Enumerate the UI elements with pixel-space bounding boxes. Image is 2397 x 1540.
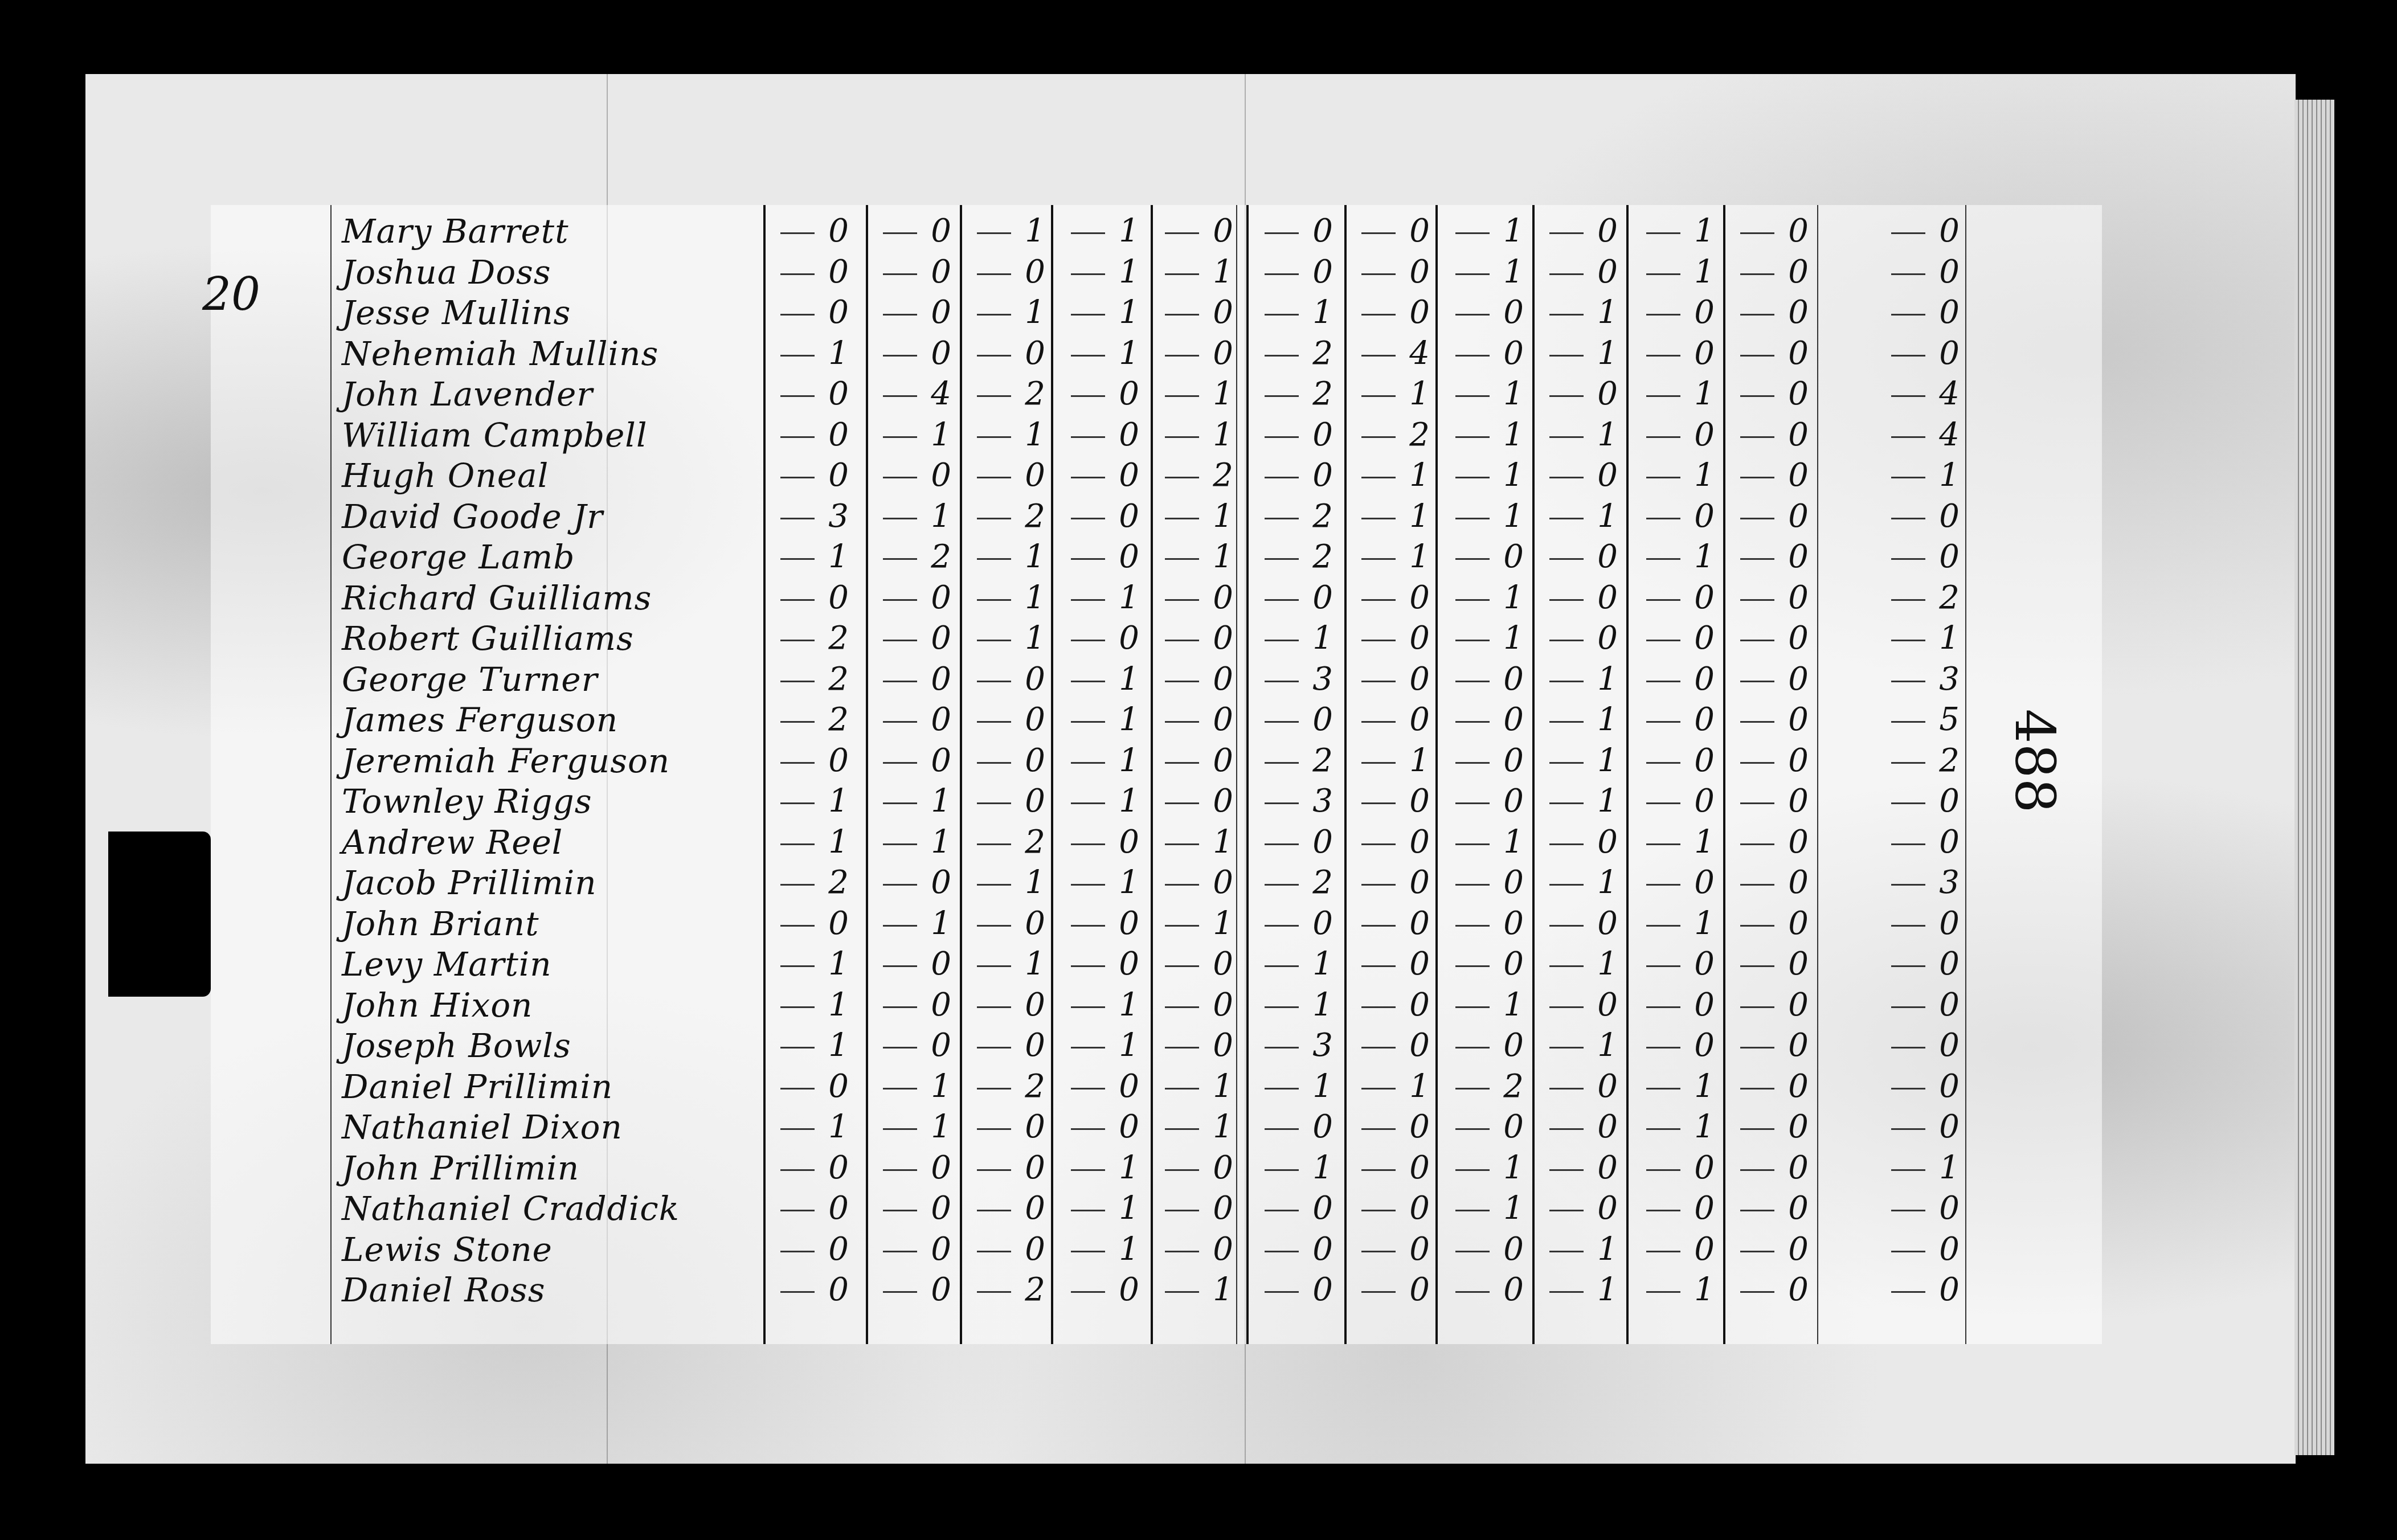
tally-cell: 1 <box>966 292 1045 333</box>
tally-cell: 0 <box>1635 1229 1715 1270</box>
tally-cell: 0 <box>1444 536 1524 577</box>
tally-cell: 0 <box>1444 944 1524 985</box>
tally-cell: 0 <box>1253 1269 1333 1310</box>
tally-cell: 1 <box>1060 292 1139 333</box>
tally-cell: 0 <box>1350 659 1430 700</box>
tally-cell: 0 <box>769 1066 849 1107</box>
tally-cell: 0 <box>1153 292 1233 333</box>
tally-cell: 1 <box>1350 1066 1430 1107</box>
table-row: Jacob Prillimin201102001003 <box>0 862 2397 903</box>
tally-cell: 1 <box>769 781 849 822</box>
tally-cell: 1 <box>1153 1107 1233 1148</box>
tally-cell: 1 <box>1635 252 1715 293</box>
tally-cell: 0 <box>1880 1269 1960 1310</box>
tally-cell: 1 <box>1880 455 1960 496</box>
tally-cell: 0 <box>1444 903 1524 944</box>
tally-cell: 0 <box>1538 577 1618 619</box>
tally-cell: 1 <box>966 577 1045 619</box>
table-row: David Goode Jr312012111000 <box>0 496 2397 537</box>
tally-cell: 0 <box>1060 536 1139 577</box>
tally-cell: 3 <box>1253 1025 1333 1066</box>
tally-cell: 0 <box>966 781 1045 822</box>
tally-cell: 1 <box>872 903 951 944</box>
household-name: John Hixon <box>342 985 775 1026</box>
tally-cell: 1 <box>1538 944 1618 985</box>
tally-cell: 0 <box>1880 903 1960 944</box>
tally-cell: 0 <box>966 985 1045 1026</box>
tally-cell: 0 <box>1350 1269 1430 1310</box>
tally-cell: 0 <box>1880 781 1960 822</box>
tally-cell: 0 <box>1635 659 1715 700</box>
tally-cell: 1 <box>1538 292 1618 333</box>
tally-cell: 0 <box>1729 292 1809 333</box>
tally-cell: 0 <box>1729 536 1809 577</box>
table-row: Jeremiah Ferguson000102101002 <box>0 740 2397 781</box>
tally-cell: 3 <box>1880 862 1960 903</box>
tally-cell: 1 <box>1153 374 1233 415</box>
tally-cell: 1 <box>1153 252 1233 293</box>
table-row: John Lavender042012110104 <box>0 374 2397 415</box>
tally-cell: 0 <box>1729 985 1809 1026</box>
tally-cell: 1 <box>872 415 951 456</box>
tally-cell: 0 <box>1729 1229 1809 1270</box>
tally-cell: 0 <box>966 659 1045 700</box>
tally-cell: 0 <box>1538 822 1618 863</box>
tally-cell: 0 <box>1729 903 1809 944</box>
tally-cell: 0 <box>1153 577 1233 619</box>
tally-cell: 0 <box>1729 822 1809 863</box>
table-row: Robert Guilliams201001010001 <box>0 618 2397 659</box>
tally-cell: 0 <box>872 333 951 374</box>
tally-cell: 1 <box>1635 455 1715 496</box>
tally-cell: 4 <box>1350 333 1430 374</box>
tally-cell: 4 <box>872 374 951 415</box>
tally-cell: 1 <box>1444 455 1524 496</box>
tally-cell: 0 <box>966 1229 1045 1270</box>
tally-cell: 0 <box>872 1229 951 1270</box>
tally-cell: 1 <box>1253 618 1333 659</box>
tally-cell: 0 <box>1635 740 1715 781</box>
tally-cell: 0 <box>872 455 951 496</box>
tally-cell: 1 <box>1538 496 1618 537</box>
tally-cell: 0 <box>769 1229 849 1270</box>
tally-cell: 1 <box>1444 618 1524 659</box>
tally-cell: 1 <box>1538 699 1618 740</box>
tally-cell: 1 <box>1350 740 1430 781</box>
table-row: Mary Barrett001100010100 <box>0 211 2397 252</box>
table-row: Nathaniel Dixon110010000100 <box>0 1107 2397 1148</box>
table-row: George Lamb121012100100 <box>0 536 2397 577</box>
tally-cell: 0 <box>966 333 1045 374</box>
tally-cell: 0 <box>1538 1188 1618 1229</box>
tally-cell: 0 <box>872 577 951 619</box>
tally-cell: 0 <box>1253 903 1333 944</box>
tally-cell: 0 <box>1060 1107 1139 1148</box>
tally-cell: 0 <box>1350 618 1430 659</box>
tally-cell: 0 <box>966 455 1045 496</box>
tally-cell: 0 <box>1153 1188 1233 1229</box>
tally-cell: 2 <box>1253 536 1333 577</box>
tally-cell: 1 <box>872 496 951 537</box>
tally-cell: 3 <box>769 496 849 537</box>
tally-cell: 0 <box>769 252 849 293</box>
household-name: John Prillimin <box>342 1148 775 1189</box>
tally-cell: 0 <box>1060 374 1139 415</box>
tally-cell: 0 <box>1444 1025 1524 1066</box>
tally-cell: 0 <box>1538 455 1618 496</box>
tally-cell: 0 <box>1635 1188 1715 1229</box>
tally-cell: 0 <box>1153 944 1233 985</box>
tally-cell: 0 <box>1253 822 1333 863</box>
tally-cell: 4 <box>1880 415 1960 456</box>
tally-cell: 2 <box>966 374 1045 415</box>
tally-cell: 1 <box>1153 1066 1233 1107</box>
tally-cell: 0 <box>1538 252 1618 293</box>
tally-cell: 1 <box>1538 333 1618 374</box>
household-name: Jesse Mullins <box>342 292 775 333</box>
tally-cell: 1 <box>1635 1066 1715 1107</box>
household-name: Joshua Doss <box>342 252 775 293</box>
tally-cell: 0 <box>1350 292 1430 333</box>
tally-cell: 0 <box>872 1025 951 1066</box>
household-name: John Briant <box>342 903 775 944</box>
tally-cell: 0 <box>769 1269 849 1310</box>
table-row: John Hixon100101010000 <box>0 985 2397 1026</box>
tally-cell: 0 <box>1880 496 1960 537</box>
table-row: John Briant010010000100 <box>0 903 2397 944</box>
tally-cell: 1 <box>1153 496 1233 537</box>
tally-cell: 3 <box>1253 781 1333 822</box>
household-name: Levy Martin <box>342 944 775 985</box>
table-row: Daniel Ross002010001100 <box>0 1269 2397 1310</box>
table-row: Joseph Bowls100103001000 <box>0 1025 2397 1066</box>
tally-cell: 0 <box>769 740 849 781</box>
tally-cell: 5 <box>1880 699 1960 740</box>
tally-cell: 1 <box>769 536 849 577</box>
tally-cell: 0 <box>872 740 951 781</box>
tally-cell: 1 <box>966 618 1045 659</box>
household-name: John Lavender <box>342 374 775 415</box>
tally-cell: 0 <box>1880 292 1960 333</box>
tally-cell: 0 <box>966 903 1045 944</box>
tally-cell: 1 <box>1444 1148 1524 1189</box>
tally-cell: 1 <box>1635 211 1715 252</box>
tally-cell: 0 <box>1350 781 1430 822</box>
tally-cell: 1 <box>872 1107 951 1148</box>
household-name: Townley Riggs <box>342 781 775 822</box>
tally-cell: 0 <box>872 292 951 333</box>
tally-cell: 0 <box>966 252 1045 293</box>
tally-cell: 0 <box>1729 252 1809 293</box>
tally-cell: 1 <box>1153 415 1233 456</box>
table-row: Levy Martin101001001000 <box>0 944 2397 985</box>
household-name: Daniel Prillimin <box>342 1066 775 1107</box>
tally-cell: 0 <box>1253 1188 1333 1229</box>
tally-cell: 0 <box>872 1188 951 1229</box>
tally-cell: 0 <box>872 862 951 903</box>
tally-cell: 0 <box>1880 1229 1960 1270</box>
tally-cell: 1 <box>769 1107 849 1148</box>
table-row: George Turner200103001003 <box>0 659 2397 700</box>
tally-cell: 1 <box>1153 822 1233 863</box>
tally-cell: 0 <box>1153 211 1233 252</box>
tally-cell: 1 <box>1444 374 1524 415</box>
table-row: Townley Riggs110103001000 <box>0 781 2397 822</box>
tally-cell: 0 <box>1444 1229 1524 1270</box>
tally-cell: 0 <box>1060 822 1139 863</box>
tally-cell: 0 <box>769 1188 849 1229</box>
tally-cell: 0 <box>1444 1107 1524 1148</box>
tally-cell: 0 <box>1153 740 1233 781</box>
tally-cell: 2 <box>966 822 1045 863</box>
tally-cell: 0 <box>1253 699 1333 740</box>
tally-cell: 1 <box>1060 1148 1139 1189</box>
household-name: Robert Guilliams <box>342 618 775 659</box>
tally-cell: 0 <box>966 1188 1045 1229</box>
tally-cell: 0 <box>1635 618 1715 659</box>
tally-cell: 0 <box>1060 944 1139 985</box>
household-name: William Campbell <box>342 415 775 456</box>
tally-cell: 0 <box>1880 252 1960 293</box>
tally-cell: 2 <box>1253 496 1333 537</box>
tally-cell: 1 <box>769 333 849 374</box>
tally-cell: 0 <box>966 1025 1045 1066</box>
table-row: Hugh Oneal000020110101 <box>0 455 2397 496</box>
tally-cell: 0 <box>1350 903 1430 944</box>
tally-cell: 0 <box>1153 699 1233 740</box>
tally-cell: 1 <box>1538 781 1618 822</box>
tally-cell: 0 <box>1635 944 1715 985</box>
tally-cell: 1 <box>1635 1269 1715 1310</box>
tally-cell: 0 <box>1153 333 1233 374</box>
tally-cell: 1 <box>1060 577 1139 619</box>
tally-cell: 3 <box>1880 659 1960 700</box>
tally-cell: 1 <box>769 1025 849 1066</box>
table-row: Nathaniel Craddick000100010000 <box>0 1188 2397 1229</box>
tally-cell: 1 <box>1635 903 1715 944</box>
tally-cell: 0 <box>872 618 951 659</box>
tally-cell: 0 <box>769 292 849 333</box>
tally-cell: 1 <box>1538 1025 1618 1066</box>
tally-cell: 0 <box>1729 1066 1809 1107</box>
tally-cell: 0 <box>1253 1229 1333 1270</box>
tally-cell: 2 <box>1880 740 1960 781</box>
tally-cell: 1 <box>1060 1229 1139 1270</box>
tally-cell: 0 <box>966 1148 1045 1189</box>
tally-cell: 0 <box>1153 862 1233 903</box>
tally-cell: 1 <box>1538 659 1618 700</box>
tally-cell: 0 <box>1153 1025 1233 1066</box>
tally-cell: 0 <box>1729 1148 1809 1189</box>
tally-cell: 0 <box>1635 577 1715 619</box>
household-name: David Goode Jr <box>342 496 775 537</box>
tally-cell: 0 <box>966 699 1045 740</box>
tally-cell: 1 <box>1538 862 1618 903</box>
tally-cell: 0 <box>1635 415 1715 456</box>
table-row: James Ferguson200100001005 <box>0 699 2397 740</box>
tally-cell: 0 <box>1729 618 1809 659</box>
tally-cell: 3 <box>1253 659 1333 700</box>
tally-cell: 0 <box>1444 292 1524 333</box>
tally-cell: 1 <box>1635 822 1715 863</box>
tally-cell: 0 <box>1253 211 1333 252</box>
tally-cell: 1 <box>966 415 1045 456</box>
tally-cell: 0 <box>1153 618 1233 659</box>
tally-cell: 0 <box>1350 1148 1430 1189</box>
tally-cell: 1 <box>1538 1229 1618 1270</box>
tally-cell: 1 <box>1060 1025 1139 1066</box>
tally-cell: 0 <box>769 903 849 944</box>
tally-cell: 0 <box>872 659 951 700</box>
tally-cell: 1 <box>1444 211 1524 252</box>
tally-cell: 0 <box>872 1148 951 1189</box>
tally-cell: 0 <box>1729 333 1809 374</box>
tally-cell: 0 <box>1729 455 1809 496</box>
household-name: James Ferguson <box>342 699 775 740</box>
tally-cell: 0 <box>1253 415 1333 456</box>
tally-cell: 2 <box>1253 740 1333 781</box>
tally-cell: 0 <box>769 455 849 496</box>
tally-cell: 2 <box>966 1269 1045 1310</box>
household-name: Lewis Stone <box>342 1229 775 1270</box>
tally-cell: 0 <box>1729 577 1809 619</box>
tally-cell: 0 <box>1880 536 1960 577</box>
tally-cell: 1 <box>1060 659 1139 700</box>
tally-cell: 0 <box>1253 577 1333 619</box>
tally-cell: 0 <box>1350 211 1430 252</box>
tally-cell: 2 <box>769 618 849 659</box>
household-name: Andrew Reel <box>342 822 775 863</box>
tally-cell: 0 <box>1729 415 1809 456</box>
tally-cell: 0 <box>1635 699 1715 740</box>
table-row: Joshua Doss000110010100 <box>0 252 2397 293</box>
tally-cell: 0 <box>1444 333 1524 374</box>
tally-cell: 2 <box>1880 577 1960 619</box>
tally-cell: 1 <box>769 985 849 1026</box>
tally-cell: 2 <box>1253 333 1333 374</box>
tally-cell: 2 <box>966 496 1045 537</box>
tally-cell: 0 <box>1729 781 1809 822</box>
table-row: William Campbell011010211004 <box>0 415 2397 456</box>
tally-cell: 0 <box>1350 699 1430 740</box>
household-name: Hugh Oneal <box>342 455 775 496</box>
tally-cell: 0 <box>769 1148 849 1189</box>
tally-cell: 0 <box>1635 1148 1715 1189</box>
tally-cell: 0 <box>1635 333 1715 374</box>
tally-cell: 1 <box>966 536 1045 577</box>
household-name: Richard Guilliams <box>342 577 775 619</box>
tally-cell: 2 <box>872 536 951 577</box>
tally-cell: 1 <box>769 822 849 863</box>
tally-cell: 0 <box>872 699 951 740</box>
tally-cell: 0 <box>1060 903 1139 944</box>
tally-cell: 1 <box>966 944 1045 985</box>
tally-cell: 0 <box>1350 944 1430 985</box>
table-row: Richard Guilliams001100010002 <box>0 577 2397 619</box>
tally-cell: 0 <box>1729 211 1809 252</box>
tally-cell: 0 <box>1444 781 1524 822</box>
tally-cell: 2 <box>966 1066 1045 1107</box>
tally-cell: 1 <box>1060 252 1139 293</box>
table-row: Jesse Mullins001101001000 <box>0 292 2397 333</box>
tally-cell: 1 <box>1253 1066 1333 1107</box>
tally-cell: 0 <box>1880 1025 1960 1066</box>
table-row: Andrew Reel112010010100 <box>0 822 2397 863</box>
tally-cell: 2 <box>1253 374 1333 415</box>
tally-cell: 0 <box>1729 1188 1809 1229</box>
tally-cell: 1 <box>1060 740 1139 781</box>
tally-cell: 0 <box>1635 292 1715 333</box>
tally-cell: 1 <box>966 862 1045 903</box>
tally-cell: 1 <box>1153 903 1233 944</box>
tally-cell: 0 <box>872 944 951 985</box>
tally-cell: 0 <box>1350 1229 1430 1270</box>
tally-cell: 0 <box>872 211 951 252</box>
household-name: George Lamb <box>342 536 775 577</box>
tally-cell: 0 <box>1538 985 1618 1026</box>
tally-cell: 2 <box>1444 1066 1524 1107</box>
table-row: John Prillimin000101010001 <box>0 1148 2397 1189</box>
tally-cell: 0 <box>1350 1188 1430 1229</box>
tally-cell: 2 <box>769 659 849 700</box>
tally-cell: 1 <box>769 944 849 985</box>
tally-cell: 0 <box>1060 1066 1139 1107</box>
tally-cell: 1 <box>1350 496 1430 537</box>
tally-cell: 0 <box>966 740 1045 781</box>
tally-cell: 1 <box>1444 496 1524 537</box>
tally-cell: 1 <box>1060 781 1139 822</box>
tally-cell: 0 <box>1729 659 1809 700</box>
tally-cell: 2 <box>769 862 849 903</box>
tally-cell: 0 <box>1060 618 1139 659</box>
tally-cell: 0 <box>1538 374 1618 415</box>
tally-cell: 1 <box>1350 455 1430 496</box>
tally-cell: 0 <box>1635 985 1715 1026</box>
tally-cell: 0 <box>1880 1188 1960 1229</box>
tally-cell: 1 <box>1060 211 1139 252</box>
tally-cell: 0 <box>1153 985 1233 1026</box>
tally-cell: 0 <box>1729 1269 1809 1310</box>
tally-cell: 1 <box>1153 536 1233 577</box>
household-name: Nathaniel Dixon <box>342 1107 775 1148</box>
tally-cell: 0 <box>1153 1229 1233 1270</box>
tally-cell: 1 <box>1880 1148 1960 1189</box>
tally-cell: 0 <box>1538 1107 1618 1148</box>
tally-cell: 1 <box>1153 1269 1233 1310</box>
household-name: Nehemiah Mullins <box>342 333 775 374</box>
tally-cell: 0 <box>1350 862 1430 903</box>
tally-cell: 0 <box>1538 1066 1618 1107</box>
tally-cell: 1 <box>1538 1269 1618 1310</box>
tally-cell: 1 <box>1444 985 1524 1026</box>
tally-cell: 1 <box>1444 822 1524 863</box>
tally-cell: 1 <box>1060 862 1139 903</box>
tally-cell: 0 <box>1350 252 1430 293</box>
tally-cell: 0 <box>1060 496 1139 537</box>
tally-cell: 1 <box>1253 292 1333 333</box>
tally-cell: 0 <box>872 985 951 1026</box>
tally-cell: 1 <box>1350 374 1430 415</box>
tally-cell: 0 <box>1538 536 1618 577</box>
tally-cell: 0 <box>1729 1107 1809 1148</box>
tally-cell: 0 <box>1729 862 1809 903</box>
tally-cell: 0 <box>1635 1025 1715 1066</box>
tally-cell: 2 <box>1350 415 1430 456</box>
tally-cell: 0 <box>1538 618 1618 659</box>
tally-cell: 0 <box>1635 862 1715 903</box>
tally-cell: 1 <box>1538 740 1618 781</box>
tally-cell: 0 <box>1538 903 1618 944</box>
